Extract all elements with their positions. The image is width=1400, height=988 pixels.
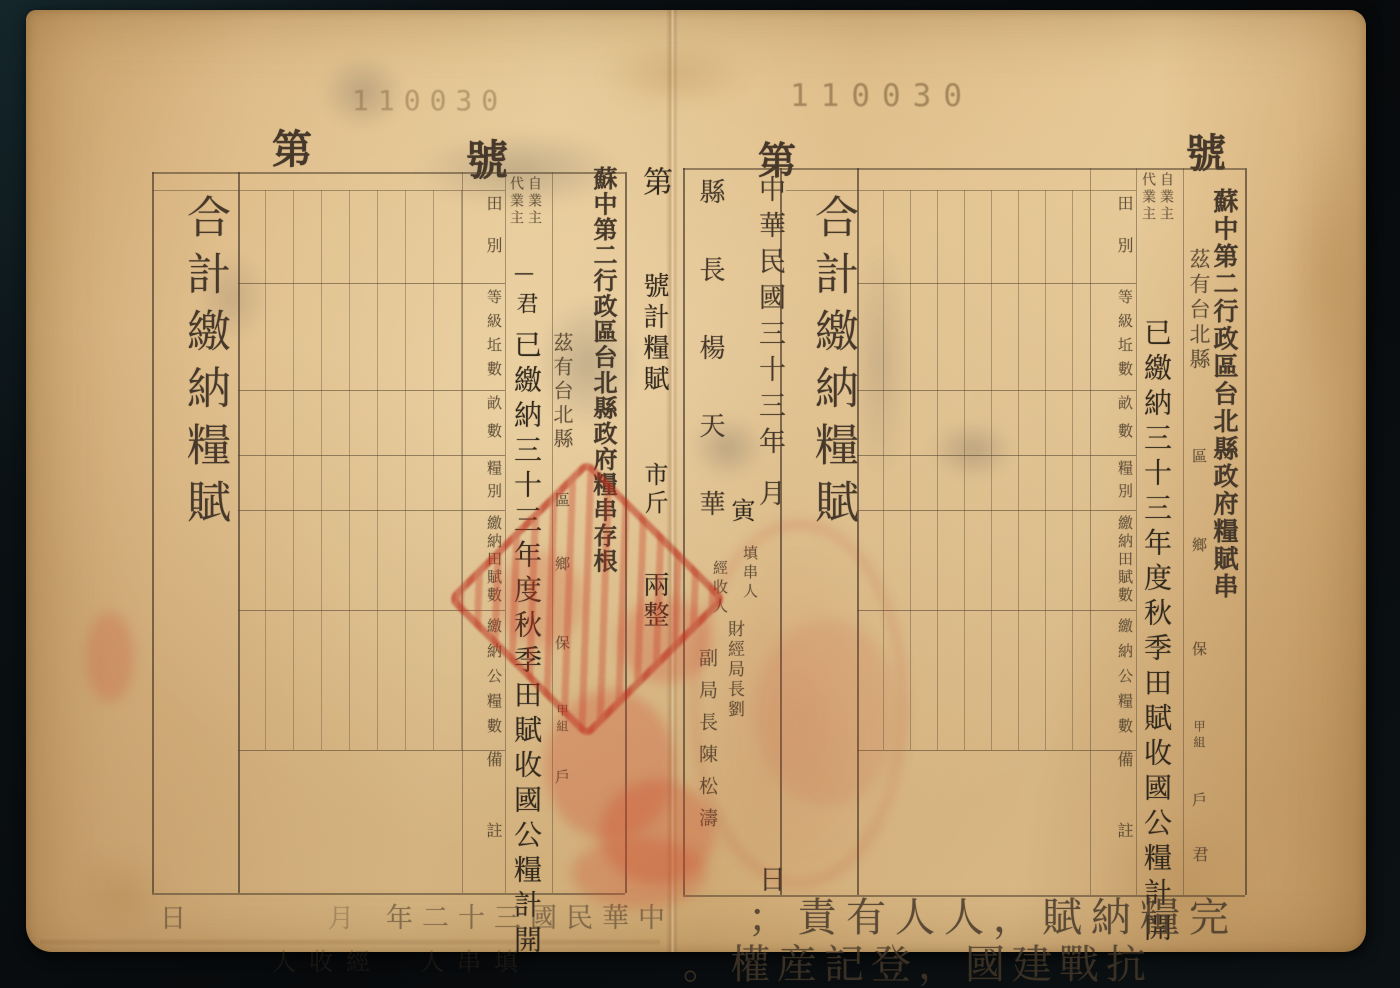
paper-stain <box>70 850 170 940</box>
stub-bottom-day: 日 <box>160 898 186 935</box>
honorific-jun: 君 <box>510 292 541 314</box>
seal-smudge <box>498 552 583 647</box>
row-label-remarks: 備註 <box>1090 750 1136 893</box>
month-fill-handwritten: 寅 <box>724 498 759 522</box>
owner-agent-label: 代業主 <box>1138 172 1158 223</box>
stub-serial-number-stamp: 110030 <box>352 84 507 117</box>
receipt-serial-number-stamp: 110030 <box>790 78 974 114</box>
seal-smudge <box>755 620 900 805</box>
date-era-year: 中華民國三十三年 <box>754 175 785 463</box>
table-grid <box>238 190 462 750</box>
row-label-field-type: 田別 <box>462 190 505 283</box>
unit-jia-group: 甲組 <box>1192 720 1206 752</box>
intro-lead: 茲有台北縣 <box>550 332 574 452</box>
table-line <box>152 172 154 893</box>
owner-self-label: 自業主 <box>524 176 544 227</box>
row-label-acreage: 畝數 <box>462 390 505 455</box>
row-label-grade-plots: 等級坵數 <box>462 283 505 390</box>
row-label-public-grain-paid: 繳納公糧數 <box>1090 610 1136 750</box>
table-line <box>152 172 625 174</box>
stub-header-prefix: 第 <box>272 118 312 175</box>
row-label-grain-type: 糧別 <box>1090 455 1136 510</box>
photo-stage: 第 號 110030 合計繳納糧賦 田別 等級坵數 畝數 糧別 繳納田賦數 繳納… <box>0 0 1400 988</box>
serial-amount-first: 第 <box>637 166 672 196</box>
paid-note-handwritten: 已繳納三十三年度秋季田賦收國公糧計開 <box>1136 318 1176 948</box>
row-label-acreage: 畝數 <box>1090 390 1136 455</box>
stub-bottom-clerks-rtl: 人收經 人串填 <box>272 942 531 977</box>
row-label-remarks: 備註 <box>462 750 505 893</box>
honorific-jun: 君 <box>1190 846 1209 866</box>
stub-bottom-month: 月 <box>328 898 354 935</box>
table-line <box>152 190 505 191</box>
receipt-form-title: 蘇中第二行政區台北縣政府糧賦串 <box>1206 188 1242 601</box>
seal-smudge <box>572 838 707 908</box>
receipt-total-label: 合計繳納糧賦 <box>800 194 864 536</box>
unit-bao: 保 <box>1190 641 1208 660</box>
slogan-line-2-rtl: 。權産記登，國建戰抗 <box>683 933 1153 988</box>
paper-stain <box>600 40 750 110</box>
table-line <box>683 168 1245 170</box>
table-line <box>152 893 625 895</box>
paper-stain <box>1285 130 1370 410</box>
row-label-field-tax-paid: 繳納田賦數 <box>1090 510 1136 610</box>
table-line <box>786 190 1136 191</box>
row-label-grade-plots: 等級坵數 <box>1090 283 1136 390</box>
owner-agent-label: 代業主 <box>506 176 526 227</box>
receipt-header-suffix: 號 <box>1186 122 1226 179</box>
serial-amount-middle: 號計糧賦 <box>639 272 669 396</box>
table-line <box>1245 168 1247 895</box>
unit-household: 戶 <box>1190 792 1208 811</box>
stub-header-suffix: 號 <box>466 128 508 188</box>
name-blank-dash: — <box>512 260 536 284</box>
owner-self-label: 自業主 <box>1156 172 1176 223</box>
stub-total-label: 合計繳納糧賦 <box>172 194 236 536</box>
seal-smudge <box>86 612 134 702</box>
row-label-field-type: 田別 <box>1090 190 1136 283</box>
